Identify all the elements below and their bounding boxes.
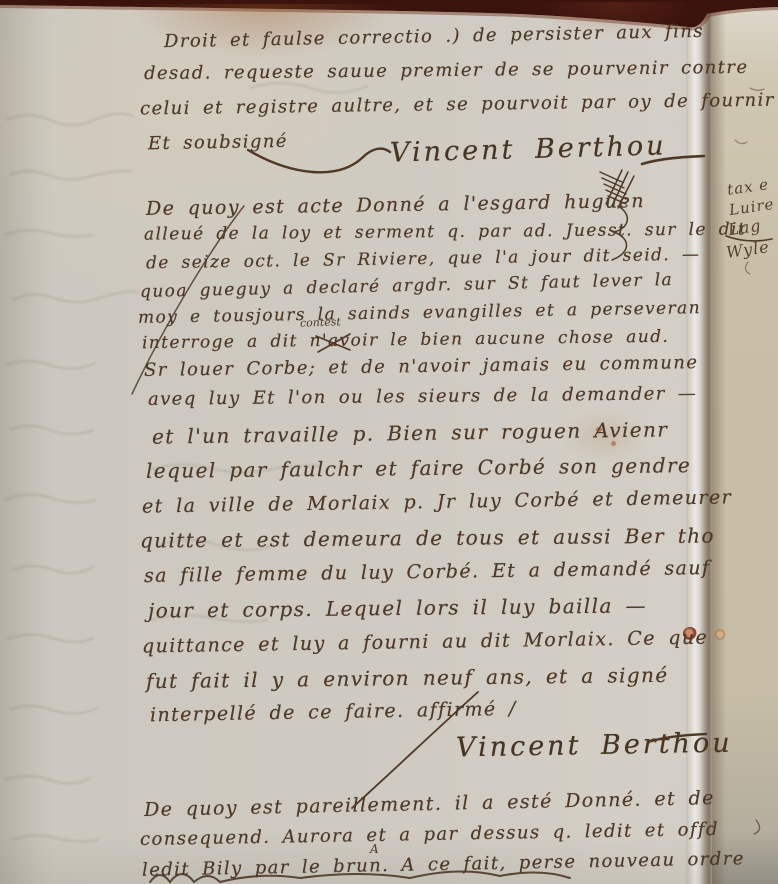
handwritten-line: quitte et est demeura de tous et aussi B… <box>140 523 715 552</box>
signature-vincent-berthou: Vincent Berthou <box>390 130 667 168</box>
handwritten-line: interroge a dit n'avoir le bien aucune c… <box>142 327 669 353</box>
inserted-word-above-line: contest <box>300 315 341 329</box>
handwritten-line: ledit Bily par le brun. A ce fait, perse… <box>142 848 745 881</box>
inserted-letter-above-line: A <box>370 842 379 856</box>
handwritten-line: jour et corps. Lequel lors il luy bailla… <box>148 593 647 622</box>
handwritten-line: De quoy est acte Donné a l'esgard huguen <box>146 190 645 220</box>
handwritten-line: et la ville de Morlaix p. Jr luy Corbé e… <box>142 486 732 517</box>
wormhole-light <box>714 629 726 640</box>
handwritten-line: et l'un travaille p. Bien sur roguen Avi… <box>152 417 669 448</box>
handwritten-line: celui et registre aultre, et se pourvoit… <box>140 90 775 120</box>
handwritten-line: quoa gueguy a declaré argdr. sur St faut… <box>140 270 673 302</box>
handwritten-line: Et soubsigné <box>148 131 288 154</box>
handwritten-line: moy e tousjours la sainds evangilles et … <box>138 298 701 328</box>
handwritten-line: interpellé de ce faire. affirmé / <box>150 698 517 726</box>
handwritten-line: Droit et faulse correctio .) de persiste… <box>164 21 704 52</box>
handwritten-line: consequend. Aurora et a par dessus q. le… <box>140 819 719 850</box>
handwritten-line: aveq luy Et l'on ou les sieurs de la dem… <box>148 383 697 410</box>
handwritten-line: desad. requeste sauue premier de se pour… <box>144 57 749 84</box>
handwritten-line: Sr louer Corbe; et de n'avoir jamais eu … <box>144 352 699 381</box>
handwritten-line: fut fait il y a environ neuf ans, et a s… <box>146 663 669 693</box>
handwritten-line: quittance et luy a fourni au dit Morlaix… <box>142 627 708 658</box>
signature-vincent-berthou: Vincent Berthou <box>456 728 733 764</box>
manuscript-photo: Droit et faulse correctio .) de persiste… <box>0 0 778 884</box>
handwritten-line: de seize oct. le Sr Riviere, que l'a jou… <box>146 245 701 274</box>
handwritten-line: alleué de la loy et serment q. par ad. J… <box>144 219 746 244</box>
handwritten-line: lequel par faulchr et faire Corbé son ge… <box>146 453 691 483</box>
handwritten-line: De quoy est pareillement. il a esté Donn… <box>144 787 715 821</box>
handwritten-line: sa fille femme du luy Corbé. Et a demand… <box>144 557 711 587</box>
